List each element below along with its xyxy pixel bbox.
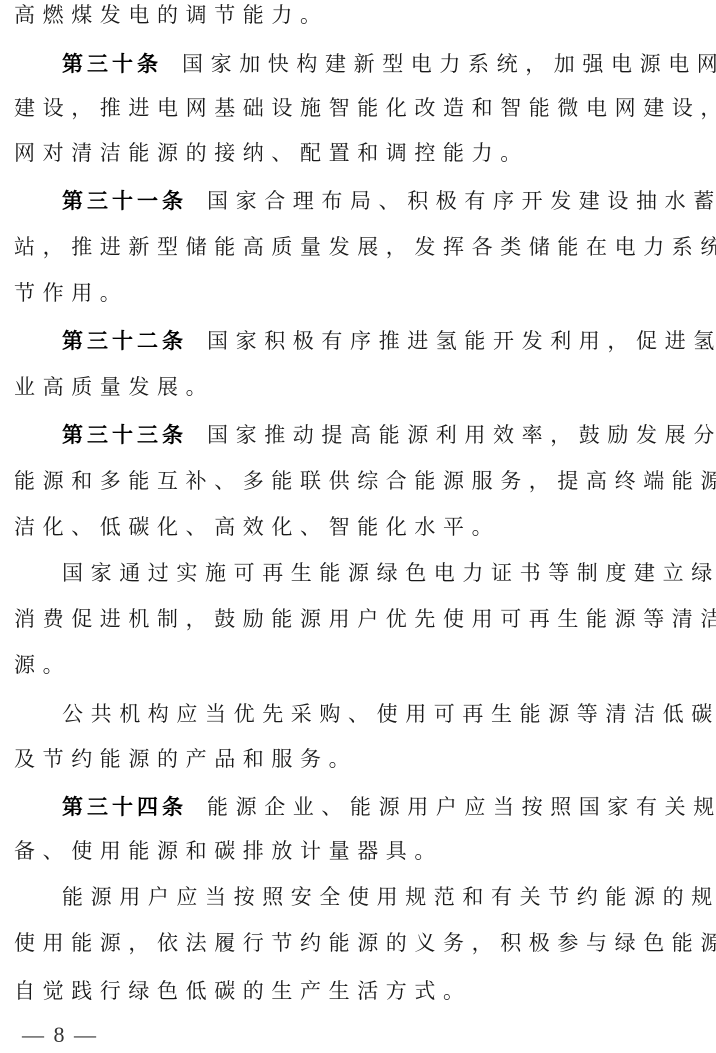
line-text: 消费促进机制，鼓励能源用户优先使用可再生能源等清洁低碳能 — [14, 607, 716, 631]
text-line: 建设，推进电网基础设施智能化改造和智能微电网建设，提高电 — [14, 93, 716, 123]
text-line: 网对清洁能源的接纳、配置和调控能力。 — [14, 138, 716, 168]
paragraph-first-line: 公共机构应当优先采购、使用可再生能源等清洁低碳能源以 — [62, 699, 716, 729]
article-number: 第三十四条 — [62, 795, 187, 819]
article-30-heading-line: 第三十条国家加快构建新型电力系统，加强电源电网协同 — [62, 49, 716, 79]
line-text: 及节约能源的产品和服务。 — [14, 747, 357, 771]
line-text: 洁化、低碳化、高效化、智能化水平。 — [14, 515, 500, 539]
line-text: 国家通过实施可再生能源绿色电力证书等制度建立绿色能源 — [62, 561, 716, 585]
line-text: 能源企业、能源用户应当按照国家有关规定配 — [207, 795, 716, 819]
text-line: 使用能源，依法履行节约能源的义务，积极参与绿色能源消费， — [14, 928, 716, 958]
text-line: 能源和多能互补、多能联供综合能源服务，提高终端能源消费清 — [14, 466, 716, 496]
text-line: 消费促进机制，鼓励能源用户优先使用可再生能源等清洁低碳能 — [14, 604, 716, 634]
text-line: 洁化、低碳化、高效化、智能化水平。 — [14, 512, 716, 542]
paragraph-first-line: 国家通过实施可再生能源绿色电力证书等制度建立绿色能源 — [62, 558, 716, 588]
text-line: 高燃煤发电的调节能力。 — [14, 0, 716, 30]
document-page: 高燃煤发电的调节能力。 第三十条国家加快构建新型电力系统，加强电源电网协同 建设… — [0, 0, 716, 1053]
line-text: 建设，推进电网基础设施智能化改造和智能微电网建设，提高电 — [14, 96, 716, 120]
page-number: — 8 — — [22, 1022, 98, 1048]
article-31-heading-line: 第三十一条国家合理布局、积极有序开发建设抽水蓄能电 — [62, 186, 716, 216]
article-number: 第三十二条 — [62, 329, 187, 353]
line-text: 备、使用能源和碳排放计量器具。 — [14, 839, 443, 863]
text-line: 源。 — [14, 650, 716, 680]
line-text: 网对清洁能源的接纳、配置和调控能力。 — [14, 141, 529, 165]
line-text: 高燃煤发电的调节能力。 — [14, 3, 329, 27]
line-text: 站，推进新型储能高质量发展，发挥各类储能在电力系统中的调 — [14, 235, 716, 259]
line-text: 业高质量发展。 — [14, 375, 214, 399]
article-34-heading-line: 第三十四条能源企业、能源用户应当按照国家有关规定配 — [62, 792, 716, 822]
text-line: 及节约能源的产品和服务。 — [14, 744, 716, 774]
line-text: 公共机构应当优先采购、使用可再生能源等清洁低碳能源以 — [62, 702, 716, 726]
line-text: 国家加快构建新型电力系统，加强电源电网协同 — [182, 52, 716, 76]
line-text: 能源用户应当按照安全使用规范和有关节约能源的规定合理 — [62, 885, 716, 909]
text-line: 节作用。 — [14, 278, 716, 308]
article-number: 第三十一条 — [62, 189, 187, 213]
text-line: 备、使用能源和碳排放计量器具。 — [14, 836, 716, 866]
paragraph-first-line: 能源用户应当按照安全使用规范和有关节约能源的规定合理 — [62, 882, 716, 912]
line-text: 国家积极有序推进氢能开发利用，促进氢能产 — [207, 329, 716, 353]
article-number: 第三十条 — [62, 52, 162, 76]
line-text: 能源和多能互补、多能联供综合能源服务，提高终端能源消费清 — [14, 469, 716, 493]
article-33-heading-line: 第三十三条国家推动提高能源利用效率，鼓励发展分布式 — [62, 420, 716, 450]
line-text: 节作用。 — [14, 281, 128, 305]
article-32-heading-line: 第三十二条国家积极有序推进氢能开发利用，促进氢能产 — [62, 326, 716, 356]
line-text: 国家推动提高能源利用效率，鼓励发展分布式 — [207, 423, 716, 447]
line-text: 使用能源，依法履行节约能源的义务，积极参与绿色能源消费， — [14, 931, 716, 955]
article-number: 第三十三条 — [62, 423, 187, 447]
text-line: 自觉践行绿色低碳的生产生活方式。 — [14, 976, 716, 1006]
line-text: 源。 — [14, 653, 71, 677]
line-text: 自觉践行绿色低碳的生产生活方式。 — [14, 979, 472, 1003]
line-text: 国家合理布局、积极有序开发建设抽水蓄能电 — [207, 189, 716, 213]
text-line: 业高质量发展。 — [14, 372, 716, 402]
text-line: 站，推进新型储能高质量发展，发挥各类储能在电力系统中的调 — [14, 232, 716, 262]
